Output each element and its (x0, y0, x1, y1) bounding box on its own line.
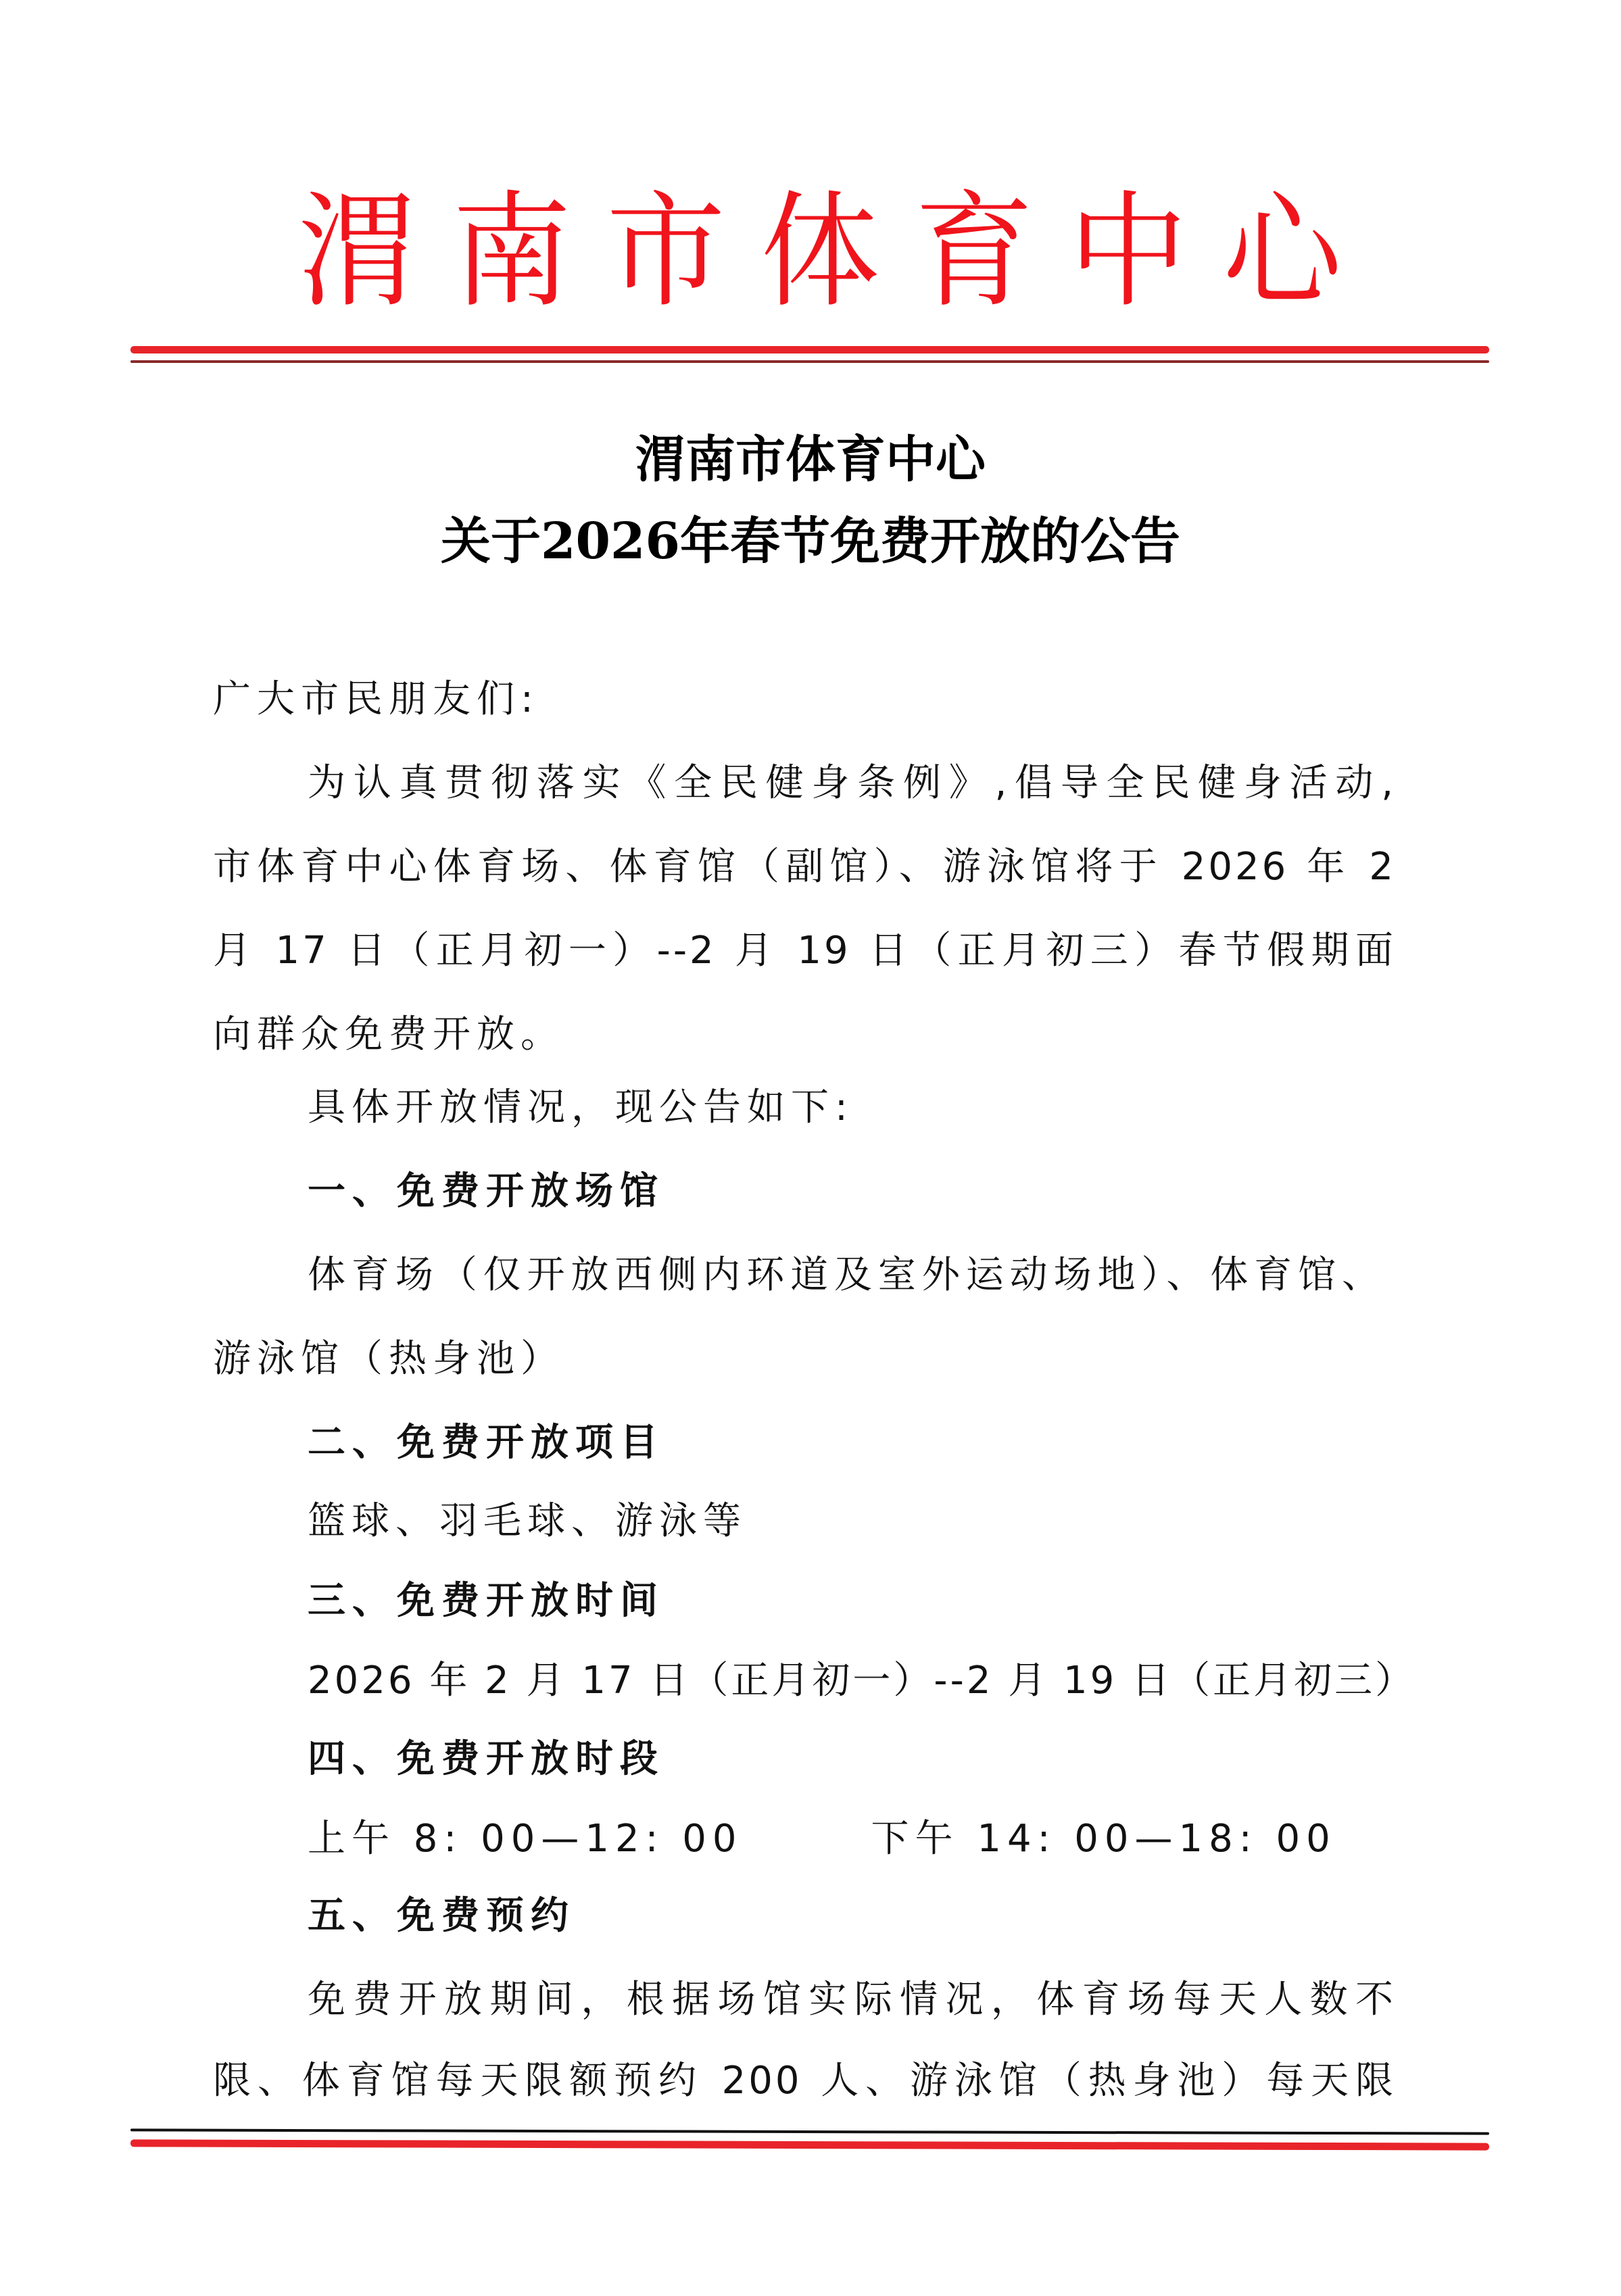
afternoon-hours: 下午 14: 00—18: 00 (871, 1817, 1336, 1861)
footer-divider-thin (130, 2128, 1489, 2134)
section-1-heading: 一、免费开放场馆 (308, 1168, 664, 1215)
footer-divider-thick (130, 2139, 1489, 2150)
masthead-divider-thick (130, 346, 1489, 353)
masthead-org-name: 渭南市体育中心 (0, 178, 1621, 327)
section-4-heading: 四、免费开放时段 (308, 1736, 664, 1783)
intro-line-4: 向群众免费开放。 (213, 1011, 564, 1058)
section-1-line-2: 游泳馆（热身池） (213, 1336, 564, 1383)
salutation: 广大市民朋友们: (213, 676, 539, 723)
lead-in: 具体开放情况，现公告如下: (308, 1084, 854, 1131)
section-1-line-1: 体育场（仅开放西侧内环道及室外运动场地）、体育馆、 (308, 1252, 1382, 1299)
section-5-line-1: 免费开放期间，根据场馆实际情况，体育场每天人数不 (308, 1976, 1396, 2024)
section-2-heading: 二、免费开放项目 (308, 1419, 664, 1467)
intro-line-3: 月 17 日（正月初一）--2 月 19 日（正月初三）春节假期面 (213, 927, 1396, 975)
intro-line-1: 为认真贯彻落实《全民健身条例》,倡导全民健身活动, (308, 760, 1396, 807)
section-5-heading: 五、免费预约 (308, 1892, 575, 1940)
intro-line-2: 市体育中心体育场、体育馆（副馆）、游泳馆将于 2026 年 2 (213, 844, 1396, 891)
section-2-line-1: 篮球、羽毛球、游泳等 (308, 1498, 747, 1545)
section-3-line-1: 2026 年 2 月 17 日（正月初一）--2 月 19 日（正月初三） (308, 1657, 1389, 1705)
section-4-hours: 上午 8: 00—12: 00下午 14: 00—18: 00 (308, 1815, 1336, 1863)
document-title-line-1: 渭南市体育中心 (0, 429, 1621, 491)
document-title-line-2: 关于2026年春节免费开放的公告 (0, 510, 1621, 572)
morning-hours: 上午 8: 00—12: 00 (308, 1817, 743, 1861)
masthead-divider-thin (130, 360, 1489, 363)
section-5-line-2: 限、体育馆每天限额预约 200 人、游泳馆（热身池）每天限 (213, 2057, 1396, 2105)
section-3-heading: 三、免费开放时间 (308, 1578, 664, 1625)
